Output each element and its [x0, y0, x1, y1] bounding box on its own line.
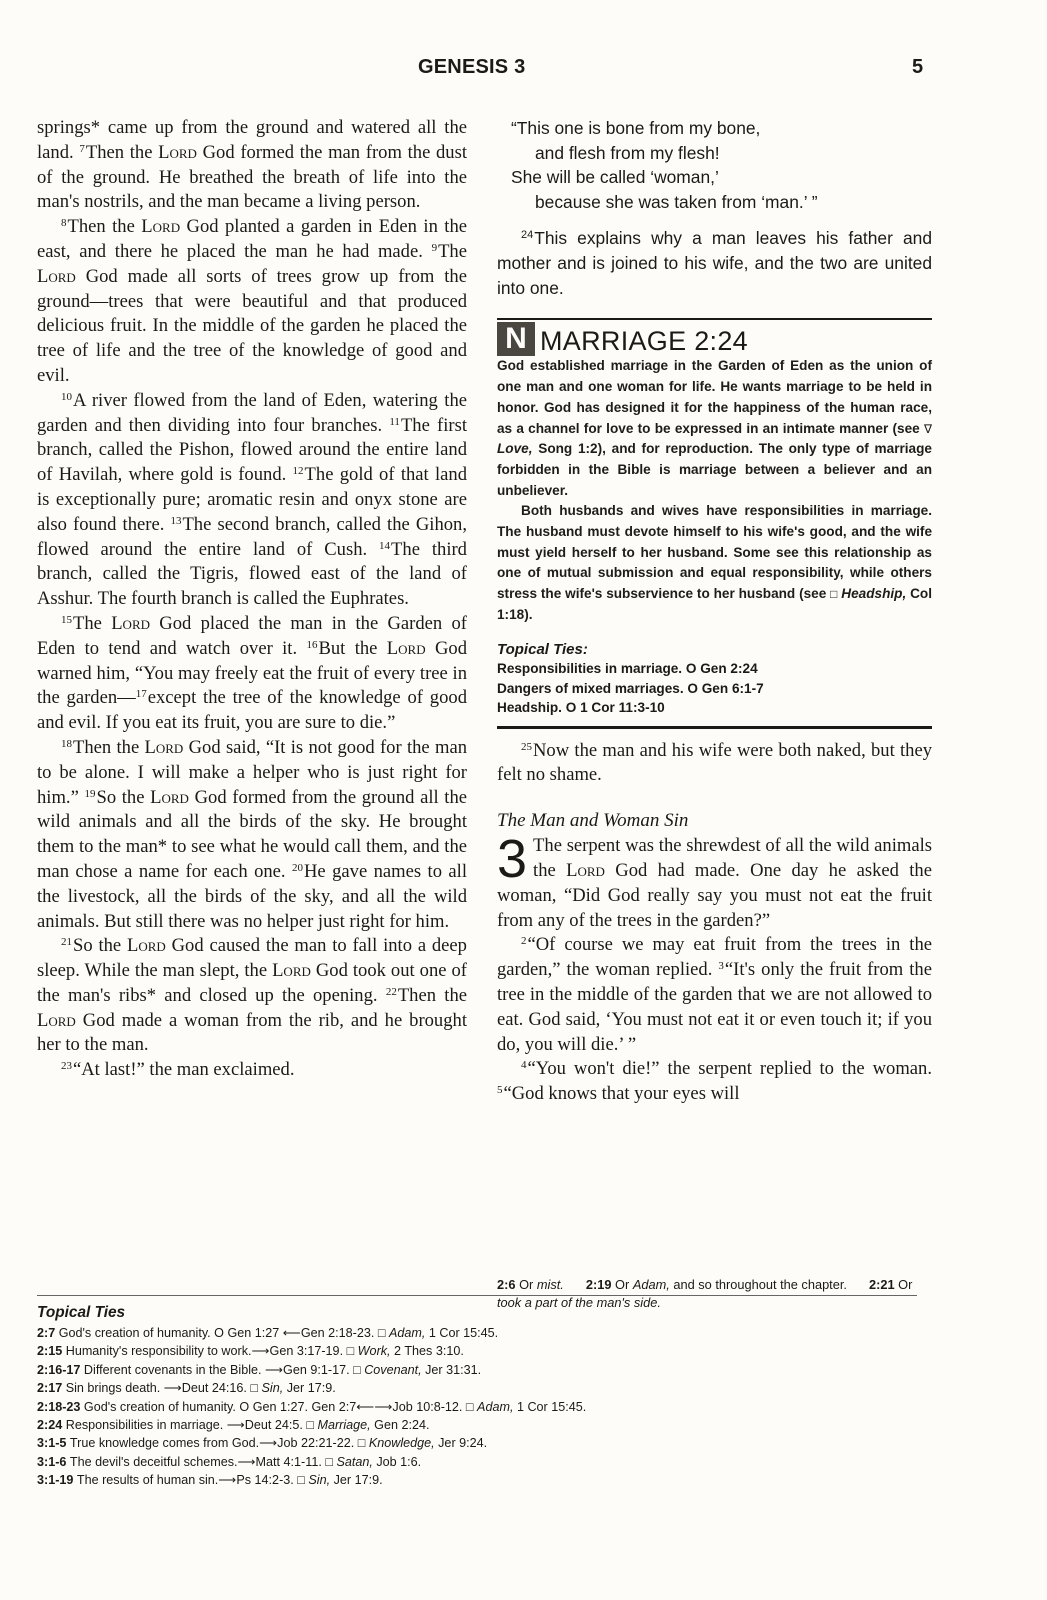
footnote-ref[interactable]: 2:19	[586, 1277, 615, 1292]
triangle-icon: ∇	[924, 422, 932, 436]
verse-number: 2	[521, 935, 527, 947]
tie-topic: Knowledge,	[369, 1436, 435, 1450]
footnote: 2:6 Or mist.	[497, 1277, 564, 1292]
poetry-block: “This one is bone from my bone,and flesh…	[511, 116, 932, 214]
chapter-3-text: 3The serpent was the shrewdest of all th…	[497, 834, 932, 1107]
tie-topic: Adam,	[477, 1400, 513, 1414]
sidebar-paragraph-1: God established marriage in the Garden o…	[497, 356, 932, 501]
verse-number: 3	[718, 960, 724, 972]
topical-ties-heading: Topical Ties	[37, 1302, 937, 1324]
tie-ref: 2:18-23	[37, 1400, 84, 1414]
verse-number: 15	[61, 614, 72, 626]
verse-paragraph: 15The Lord God placed the man in the Gar…	[37, 612, 467, 736]
verse-paragraph: springs* came up from the ground and wat…	[37, 116, 467, 215]
tie-topic: Sin,	[308, 1473, 330, 1487]
verse-number: 23	[61, 1060, 72, 1072]
verse-number: 25	[521, 741, 532, 753]
verse-paragraph: 4“You won't die!” the serpent replied to…	[497, 1057, 932, 1107]
topical-ties-list: 2:7 God's creation of humanity. O Gen 1:…	[37, 1324, 937, 1490]
running-head: GENESIS 3 5	[0, 56, 1047, 86]
divine-name: Lord	[272, 960, 311, 981]
divine-name: Lord	[127, 935, 166, 956]
footnote-alt: mist.	[537, 1277, 564, 1292]
verse-paragraph: 2“Of course we may eat fruit from the tr…	[497, 933, 932, 1057]
verse-paragraph: 21So the Lord God caused the man to fall…	[37, 934, 467, 1058]
verse-25-container: 25Now the man and his wife were both nak…	[497, 739, 932, 789]
footnote-ref[interactable]: 2:6	[497, 1277, 519, 1292]
right-column: “This one is bone from my bone,and flesh…	[497, 116, 932, 1107]
tie-ref: 2:17	[37, 1381, 66, 1395]
verse-number: 16	[306, 639, 317, 651]
verse-number: 5	[497, 1084, 503, 1096]
tie-ref: 2:7	[37, 1326, 59, 1340]
topical-tie-row[interactable]: 3:1-6 The devil's deceitful schemes.⟶Mat…	[37, 1453, 937, 1471]
square-icon: □	[830, 587, 837, 601]
footnote-ref[interactable]: 2:21	[869, 1277, 898, 1292]
tie-topic: Satan,	[336, 1455, 372, 1469]
topical-tie[interactable]: Headship. O 1 Cor 11:3-10	[497, 698, 932, 718]
verse-number: 18	[61, 738, 72, 750]
footnote: 2:19 Or Adam, and so throughout the chap…	[586, 1277, 847, 1292]
poetry-line: and flesh from my flesh!	[511, 141, 932, 166]
footnote-alt: Adam,	[633, 1277, 670, 1292]
verse-paragraph: 10A river flowed from the land of Eden, …	[37, 389, 467, 612]
marriage-sidebar: N MARRIAGE 2:24 God established marriage…	[497, 318, 932, 728]
verse-number: 13	[170, 515, 181, 527]
verse-number: 11	[389, 416, 400, 428]
divine-name: Lord	[150, 787, 189, 808]
tie-topic: Covenant,	[364, 1363, 421, 1377]
divine-name: Lord	[387, 638, 426, 659]
tie-ref: 3:1-5	[37, 1436, 70, 1450]
verse-number: 14	[379, 540, 390, 552]
tie-ref: 2:24	[37, 1418, 66, 1432]
verse-paragraph: 18Then the Lord God said, “It is not goo…	[37, 736, 467, 934]
page-number: 5	[912, 56, 923, 79]
divine-name: Lord	[566, 860, 605, 881]
topical-tie-row[interactable]: 2:15 Humanity's responsibility to work.⟶…	[37, 1342, 937, 1360]
verse-number: 12	[293, 465, 304, 477]
sidebar-paragraph-2: Both husbands and wives have responsibil…	[497, 501, 932, 625]
divine-name: Lord	[111, 613, 150, 634]
divine-name: Lord	[37, 1010, 76, 1031]
poetry-line: She will be called ‘woman,’	[511, 165, 932, 190]
verse-number: 4	[521, 1059, 527, 1071]
verse-24-container: 24This explains why a man leaves his fat…	[497, 226, 932, 300]
verse-paragraph: 8Then the Lord God planted a garden in E…	[37, 215, 467, 389]
topical-tie-row[interactable]: 2:7 God's creation of humanity. O Gen 1:…	[37, 1324, 937, 1342]
verse-paragraph: 3The serpent was the shrewdest of all th…	[497, 834, 932, 933]
verse-number: 20	[292, 862, 303, 874]
divine-name: Lord	[145, 737, 184, 758]
sidebar-header: N MARRIAGE 2:24	[497, 316, 932, 356]
poetry-line: because she was taken from ‘man.’ ”	[511, 190, 932, 215]
topical-tie-row[interactable]: 2:18-23 God's creation of humanity. O Ge…	[37, 1398, 937, 1416]
topical-tie-row[interactable]: 2:17 Sin brings death. ⟶Deut 24:16. □ Si…	[37, 1379, 937, 1397]
cross-ref-love[interactable]: Love,	[497, 441, 533, 456]
topical-tie[interactable]: Responsibilities in marriage. O Gen 2:24	[497, 659, 932, 679]
verse-number: 19	[84, 788, 95, 800]
section-heading: The Man and Woman Sin	[497, 810, 932, 832]
left-column: springs* came up from the ground and wat…	[37, 116, 467, 1083]
topical-tie-row[interactable]: 2:16-17 Different covenants in the Bible…	[37, 1361, 937, 1379]
tie-topic: Sin,	[262, 1381, 284, 1395]
topical-ties-label: Topical Ties:	[497, 640, 932, 660]
divine-name: Lord	[158, 142, 197, 163]
tie-ref: 2:16-17	[37, 1363, 84, 1377]
sidebar-title: MARRIAGE 2:24	[540, 326, 748, 356]
verse-number: 10	[61, 391, 72, 403]
divider-rule	[37, 1295, 917, 1296]
verse-number: 17	[136, 688, 147, 700]
topical-tie-row[interactable]: 3:1-5 True knowledge comes from God.⟶Job…	[37, 1434, 937, 1452]
verse-number: 7	[79, 143, 85, 155]
topical-tie[interactable]: Dangers of mixed marriages. O Gen 6:1-7	[497, 679, 932, 699]
book-chapter-title: GENESIS 3	[418, 56, 525, 79]
verse-number: 22	[386, 986, 397, 998]
poetry-line: “This one is bone from my bone,	[511, 116, 932, 141]
chapter-number: 3	[497, 837, 527, 881]
verse-paragraph: 23“At last!” the man exclaimed.	[37, 1058, 467, 1083]
divine-name: Lord	[37, 266, 76, 287]
cross-ref-headship[interactable]: Headship,	[841, 586, 906, 601]
tie-ref: 2:15	[37, 1344, 66, 1358]
topical-tie-row[interactable]: 3:1-19 The results of human sin.⟶Ps 14:2…	[37, 1471, 937, 1489]
sidebar-topical-ties: Topical Ties: Responsibilities in marria…	[497, 640, 932, 718]
tie-topic: Marriage,	[317, 1418, 370, 1432]
topical-tie-row[interactable]: 2:24 Responsibilities in marriage. ⟶Deut…	[37, 1416, 937, 1434]
verse-paragraph: 24This explains why a man leaves his fat…	[497, 226, 932, 300]
verse-number: 9	[432, 242, 438, 254]
tie-ref: 3:1-6	[37, 1455, 70, 1469]
bottom-topical-ties: Topical Ties 2:7 God's creation of human…	[37, 1302, 937, 1490]
verse-number: 24	[521, 229, 533, 241]
tie-topic: Work,	[358, 1344, 391, 1358]
n-badge-icon: N	[497, 322, 535, 356]
tie-ref: 3:1-19	[37, 1473, 77, 1487]
verse-paragraph: 25Now the man and his wife were both nak…	[497, 739, 932, 789]
verse-number: 21	[61, 936, 72, 948]
verse-number: 8	[61, 217, 67, 229]
divine-name: Lord	[141, 216, 180, 237]
tie-topic: Adam,	[389, 1326, 425, 1340]
